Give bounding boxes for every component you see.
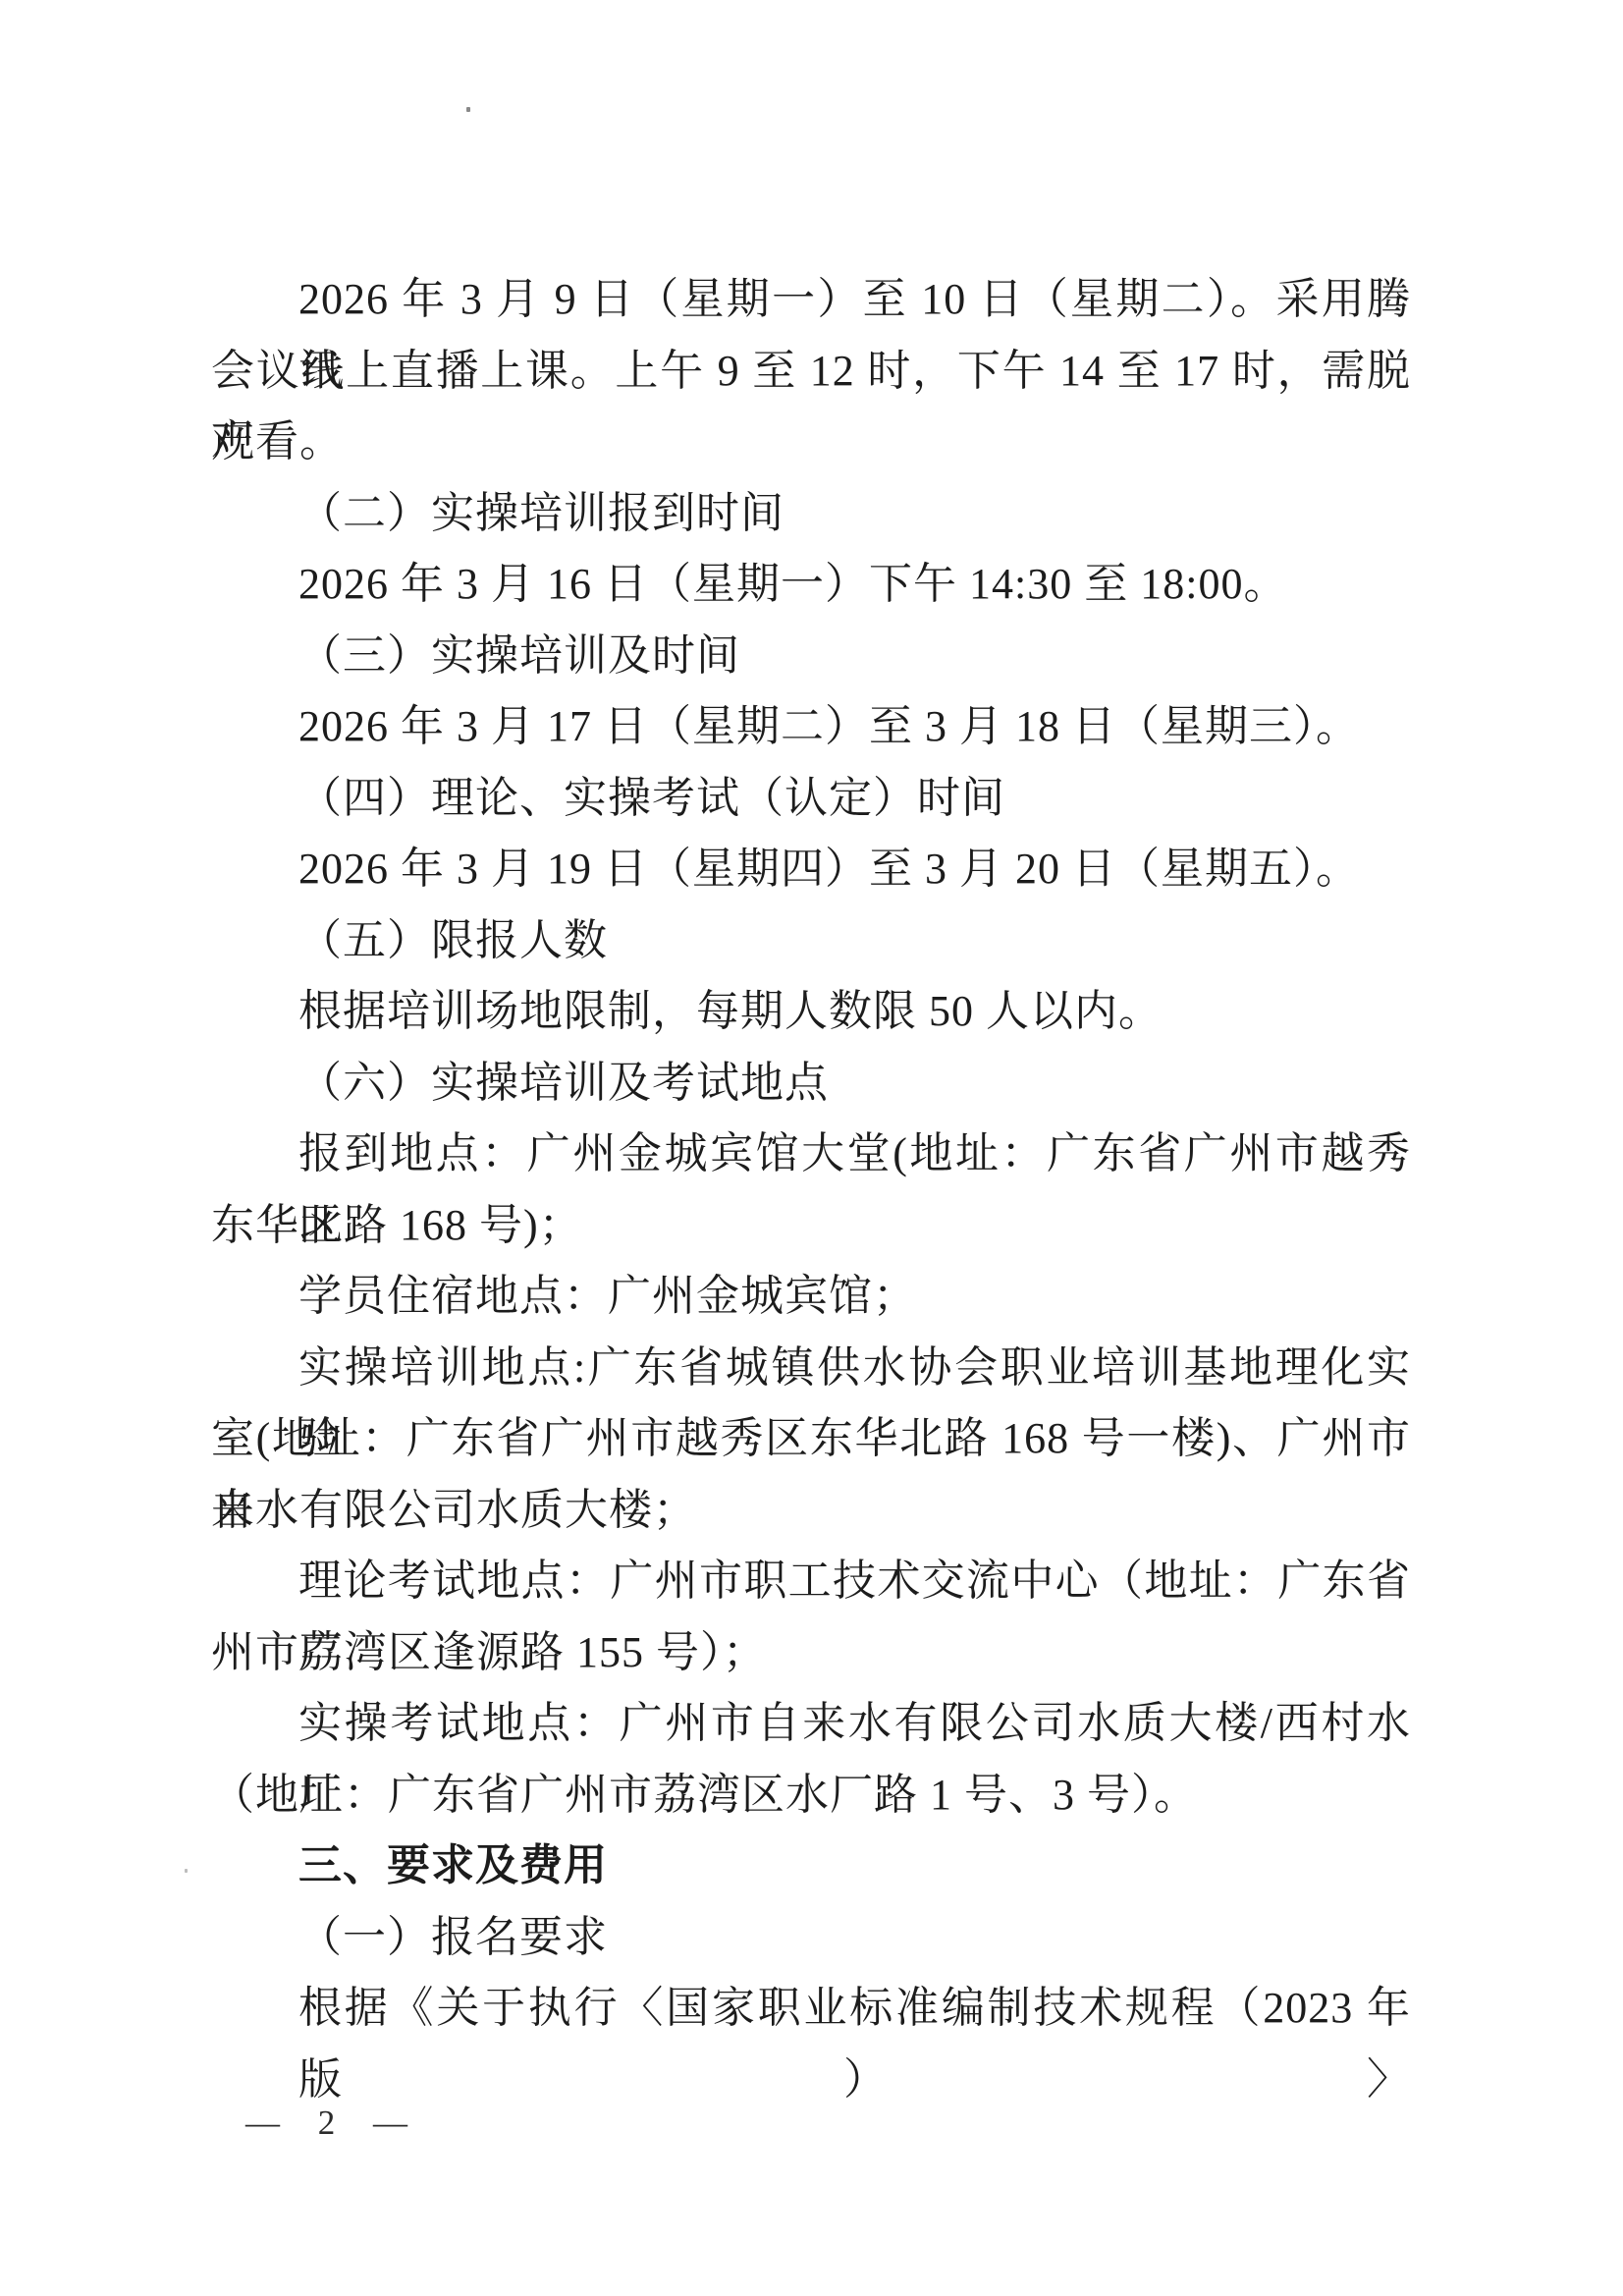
scan-speck	[466, 107, 470, 112]
text-line: 来水有限公司水质大楼；	[211, 1475, 1411, 1547]
text-line: 州市荔湾区逢源路 155 号）；	[211, 1617, 1411, 1689]
section-heading: （一）报名要求	[211, 1902, 1411, 1974]
document-text-block: 2026 年 3 月 9 日（星期一）至 10 日（星期二）。采用腾讯 会议线上…	[211, 264, 1411, 2045]
text-line: 室(地址：广东省广州市越秀区东华北路 168 号一楼)、广州市自	[211, 1403, 1411, 1475]
section-heading: （三）实操培训及时间	[211, 621, 1411, 692]
text-line: 报到地点：广州金城宾馆大堂(地址：广东省广州市越秀区	[211, 1119, 1411, 1190]
text-line: 2026 年 3 月 16 日（星期一）下午 14:30 至 18:00。	[211, 549, 1411, 621]
text-line: 2026 年 3 月 9 日（星期一）至 10 日（星期二）。采用腾讯	[211, 264, 1411, 336]
text-line: 学员住宿地点：广州金城宾馆；	[211, 1261, 1411, 1333]
text-line: 根据培训场地限制，每期人数限 50 人以内。	[211, 976, 1411, 1048]
text-line: 2026 年 3 月 19 日（星期四）至 3 月 20 日（星期五）。	[211, 834, 1411, 905]
text-line: 理论考试地点：广州市职工技术交流中心（地址：广东省广	[211, 1546, 1411, 1617]
text-line: 实操考试地点：广州市自来水有限公司水质大楼/西村水厂	[211, 1688, 1411, 1760]
text-line: 根据《关于执行〈国家职业标准编制技术规程（2023 年版）〉	[211, 1973, 1411, 2045]
text-line: 实操培训地点:广东省城镇供水协会职业培训基地理化实验	[211, 1333, 1411, 1404]
page-number: — 2 —	[245, 2104, 422, 2143]
text-line: （地址：广东省广州市荔湾区水厂路 1 号、3 号）。	[211, 1760, 1411, 1831]
text-line: 东华北路 168 号)；	[211, 1190, 1411, 1262]
text-line: 观看。	[211, 407, 1411, 478]
scan-speck	[185, 1869, 188, 1873]
section-heading: （二）实操培训报到时间	[211, 478, 1411, 550]
document-page: 2026 年 3 月 9 日（星期一）至 10 日（星期二）。采用腾讯 会议线上…	[0, 0, 1623, 2296]
text-line: 会议线上直播上课。上午 9 至 12 时，下午 14 至 17 时，需脱产	[211, 336, 1411, 408]
section-heading: （四）理论、实操考试（认定）时间	[211, 763, 1411, 835]
text-line: 2026 年 3 月 17 日（星期二）至 3 月 18 日（星期三）。	[211, 691, 1411, 763]
section-heading: （六）实操培训及考试地点	[211, 1048, 1411, 1120]
section-heading: （五）限报人数	[211, 905, 1411, 977]
section-heading: 三、要求及费用	[211, 1831, 1411, 1902]
